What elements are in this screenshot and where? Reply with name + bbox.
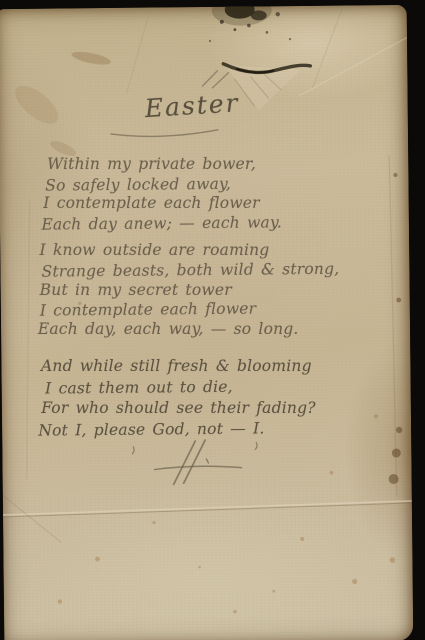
poem-line: Not I, please God, not — I. xyxy=(38,417,397,441)
poem-line: Each day anew; — each way. xyxy=(41,212,396,235)
brown-smudge xyxy=(8,49,112,160)
poem-title: Easter xyxy=(144,88,240,123)
poem-line: I know outside are roaming xyxy=(40,241,397,261)
poem-stanza: Within my private bower, So safely locke… xyxy=(36,154,396,234)
poem-line: But in my secret tower xyxy=(40,280,397,300)
poem-line: So safely locked away, xyxy=(45,173,396,196)
poem-line: And while still fresh & blooming xyxy=(41,356,397,377)
poem-stanza: And while still fresh & blooming I cast … xyxy=(37,355,397,441)
poem-line: I contemplate each flower xyxy=(40,298,397,321)
photo-backdrop: Easter Within my private bower, So safel… xyxy=(0,0,425,640)
poem-line: Within my private bower, xyxy=(47,155,396,175)
poem-stanza: I know outside are roaming Strange beast… xyxy=(36,240,396,340)
poem-line: I contemplate each flower xyxy=(43,194,396,214)
manuscript-page: Easter Within my private bower, So safel… xyxy=(0,5,413,640)
title-underline xyxy=(111,130,218,137)
poem-line: I cast them out to die, xyxy=(45,376,397,400)
poem-line: For who should see their fading? xyxy=(41,398,397,419)
finis-flourish xyxy=(132,439,257,484)
poem-body: Within my private bower, So safely locke… xyxy=(36,154,397,441)
title-flourish xyxy=(202,71,228,88)
ink-stain xyxy=(208,5,291,42)
poem-line: Each day, each way, — so long. xyxy=(38,320,397,340)
poem-line: Strange beasts, both wild & strong, xyxy=(42,259,397,282)
